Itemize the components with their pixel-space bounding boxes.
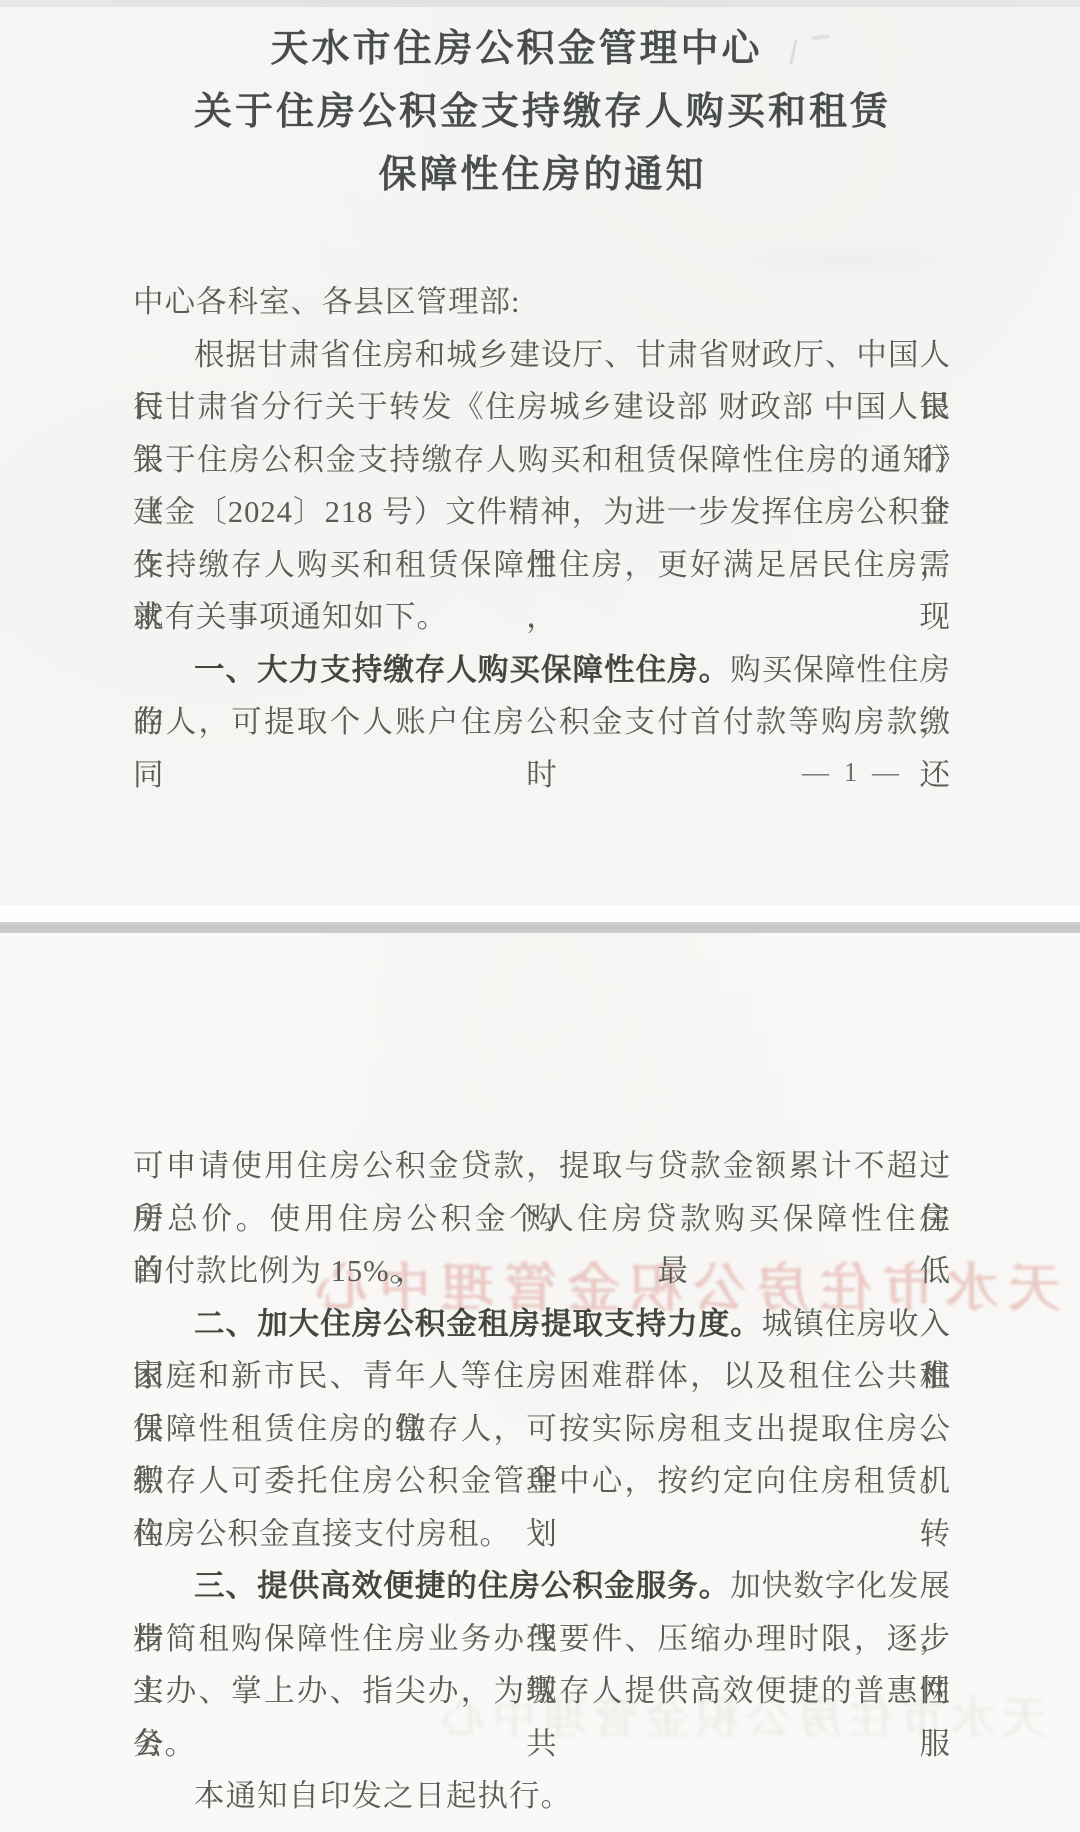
- document-title-line: 天水市住房公积金管理中心: [109, 18, 924, 81]
- document-line: 三、提供高效便捷的住房公积金服务。加快数字化发展步伐，: [133, 1560, 951, 1613]
- document-line: 房总价。使用住房公积金个人住房贷款购买保障性住房的，最低: [133, 1193, 951, 1246]
- segment-gap: [0, 905, 1080, 922]
- section-heading: 三、提供高效便捷的住房公积金服务。: [194, 1569, 730, 1603]
- document-line: 家庭和新市民、青年人等住房困难群体，以及租住公共租赁住房、: [133, 1350, 951, 1403]
- document-line: 关于住房公积金支持缴存人购买和租赁保障性住房的通知》（甘: [133, 434, 951, 487]
- document-line: 本通知自印发之日起执行。: [133, 1770, 951, 1823]
- document-line: 存人，可提取个人账户住房公积金支付首付款等购房款，同时还: [133, 696, 951, 749]
- document-line: 支持缴存人购买和租赁保障性住房，更好满足居民住房需求，现: [133, 539, 951, 592]
- segment-divider-bar: [0, 922, 1080, 933]
- document-line: 可申请使用住房公积金贷款，提取与贷款金额累计不超过所购住: [133, 1140, 951, 1193]
- document-title-line: 保障性住房的通知: [135, 144, 950, 207]
- document-title-line: 关于住房公积金支持缴存人购买和租赁: [135, 81, 950, 144]
- document-line: 根据甘肃省住房和城乡建设厅、甘肃省财政厅、中国人民银: [133, 329, 951, 382]
- screenshot-top-edge-strip: [0, 0, 1080, 7]
- stitched-document-screenshot: 天水市住房公积金管理中心关于住房公积金支持缴存人购买和租赁保障性住房的通知 中心…: [0, 0, 1080, 1832]
- page-2-body: 可申请使用住房公积金贷款，提取与贷款金额累计不超过所购住房总价。使用住房公积金个…: [133, 1140, 951, 1823]
- section-heading: 一、大力支持缴存人购买保障性住房。: [194, 653, 730, 687]
- document-line: 缴存人可委托住房公积金管理中心，按约定向住房租赁机构划转: [133, 1455, 951, 1508]
- document-line: 保障性租赁住房的缴存人，可按实际房租支出提取住房公积金。: [133, 1403, 951, 1456]
- document-line: 二、加大住房公积金租房提取支持力度。城镇住房收入困难: [133, 1298, 951, 1351]
- document-line: 中心各科室、各县区管理部:: [133, 276, 951, 329]
- document-line: 精简租购保障性住房业务办理要件、压缩办理时限，逐步实现网: [133, 1613, 951, 1666]
- section-heading: 二、加大住房公积金租房提取支持力度。: [194, 1307, 762, 1341]
- document-line: 行甘肃省分行关于转发《住房城乡建设部 财政部 中国人民银行: [133, 381, 951, 434]
- document-line: 上办、掌上办、指尖办，为缴存人提供高效便捷的普惠性公共服: [133, 1665, 951, 1718]
- document-title: 天水市住房公积金管理中心关于住房公积金支持缴存人购买和租赁保障性住房的通知: [135, 18, 950, 207]
- page-number: — 1 —: [802, 757, 952, 788]
- document-line: 一、大力支持缴存人购买保障性住房。购买保障性住房的缴: [133, 644, 951, 697]
- document-line: 建金〔2024〕218 号）文件精神，为进一步发挥住房公积金作用，: [133, 486, 951, 539]
- page-1-body: 中心各科室、各县区管理部:根据甘肃省住房和城乡建设厅、甘肃省财政厅、中国人民银行…: [133, 276, 951, 749]
